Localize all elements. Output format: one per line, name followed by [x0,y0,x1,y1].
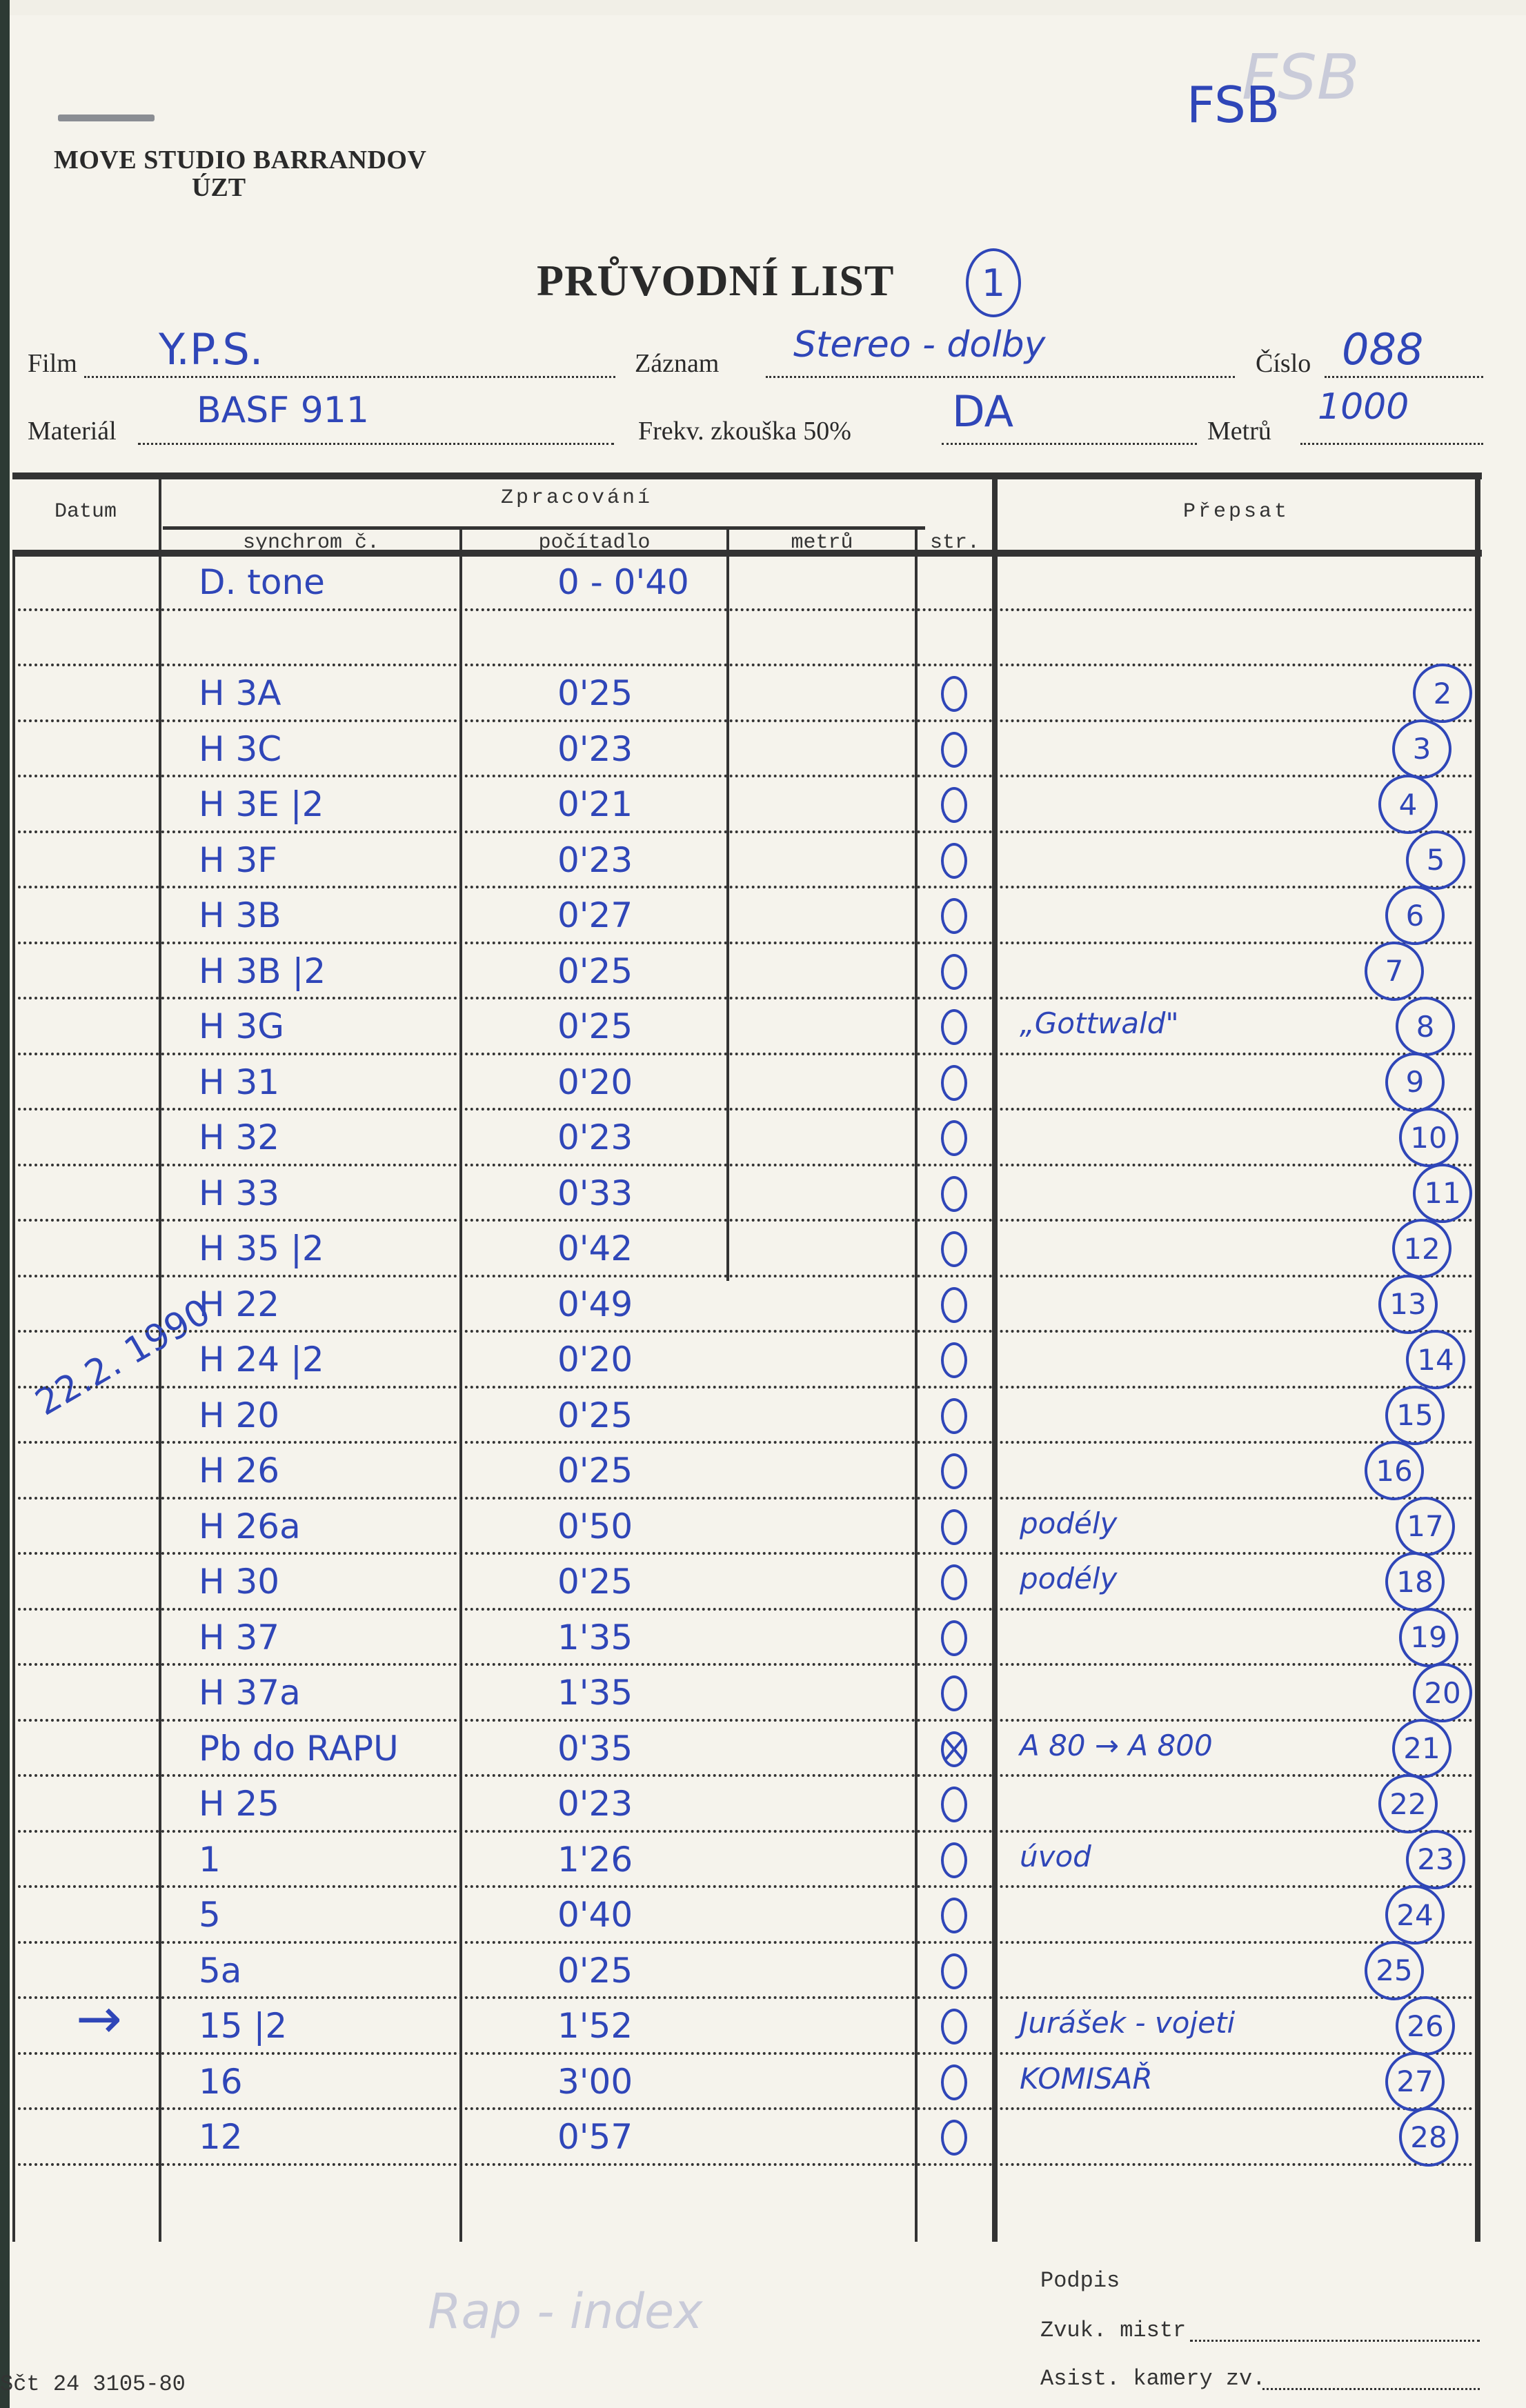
pocitadlo-cell: 0'21 [557,784,633,824]
circle-mark [941,1620,967,1656]
staple [58,115,155,121]
zvuk-mistr-label: Zvuk. mistr [1040,2318,1186,2343]
take-number-circle: 26 [1396,1996,1455,2056]
metru-value: 1000 [1318,386,1409,428]
metru-field-line [1300,443,1483,445]
cislo-value: 088 [1342,324,1423,375]
synchrom-cell: H 3F [199,840,277,880]
form-code: Sčt 24 3105-80 [0,2371,186,2397]
take-number-circle: 21 [1392,1719,1451,1778]
synchrom-cell: 1 [199,1840,221,1880]
pocitadlo-cell: 0'40 [557,1895,633,1935]
prepsat-cell: podély [1020,1506,1117,1540]
synchrom-cell: H 26 [199,1451,279,1491]
synchrom-cell: 15 |2 [199,2006,287,2046]
date-note: 22.2. 1990 [30,1293,217,1424]
synchrom-cell: H 22 [199,1284,279,1324]
col-divider-pocitadlo [726,529,729,1281]
department-name: ÚZT [192,172,246,203]
synchrom-cell: H 31 [199,1062,279,1102]
row-separator [18,2163,1474,2166]
pocitadlo-cell: 0'20 [557,1340,633,1380]
prepsat-cell: A 80 → A 800 [1020,1729,1213,1762]
header-datum: Datum [12,500,159,524]
circle-mark [941,1675,967,1711]
prepsat-cell: „Gottwald" [1020,1006,1179,1040]
zaznam-value: Stereo - dolby [793,324,1045,366]
take-number-circle: 27 [1385,2052,1445,2111]
row-separator [18,2107,1474,2110]
synchrom-cell: H 3E |2 [199,784,324,824]
take-number-circle: 23 [1406,1830,1465,1889]
row-separator [18,1941,1474,1944]
row-separator [18,2052,1474,2055]
cislo-label: Číslo [1256,348,1311,379]
pocitadlo-cell: 0'25 [557,951,633,991]
row-separator [18,1497,1474,1500]
film-value: Y.P.S. [159,324,264,375]
row-separator [18,1719,1474,1722]
circle-mark [941,1176,967,1212]
row-separator [18,719,1474,722]
header-metru: metrů [729,531,915,555]
header-prepsat: Přepsat [998,500,1475,524]
circle-mark [941,1065,967,1101]
pocitadlo-cell: 3'00 [557,2062,633,2102]
synchrom-cell: H 3B [199,895,281,935]
row-separator [18,1053,1474,1055]
row-separator [18,1774,1474,1777]
pocitadlo-cell: 0'35 [557,1729,633,1769]
synchrom-cell: H 37 [199,1618,279,1658]
pocitadlo-cell: 0'23 [557,840,633,880]
synchrom-cell: D. tone [199,562,325,602]
circle-mark [941,1564,967,1600]
take-number-circle: 5 [1406,830,1465,890]
circle-mark [941,1398,967,1434]
form-number: 1 [982,261,1005,305]
pocitadlo-cell: 0'25 [557,1951,633,1991]
asist-kamery-label: Asist. kamery zv. [1040,2366,1265,2391]
material-field-line [138,443,614,445]
pocitadlo-cell: 1'26 [557,1840,633,1880]
row-separator [18,608,1474,611]
synchrom-cell: 5 [199,1895,221,1935]
pocitadlo-cell: 0 - 0'40 [557,562,689,602]
metru-label: Metrů [1207,416,1271,446]
pocitadlo-cell: 1'52 [557,2006,633,2046]
take-number-circle: 12 [1392,1219,1451,1278]
circle-mark [941,732,967,768]
processing-table: Datum Zpracování synchrom č. počítadlo m… [12,472,1482,2242]
pocitadlo-cell: 0'57 [557,2117,633,2157]
zpracovani-subrule [163,526,925,530]
frekv-field-line [942,443,1197,445]
take-number-circle: 7 [1365,942,1424,1001]
pocitadlo-cell: 0'25 [557,1451,633,1491]
zvuk-mistr-line [1190,2340,1480,2342]
form-title: PRŮVODNÍ LIST [537,255,894,306]
take-number-circle: 13 [1378,1275,1438,1334]
take-number-circle: 22 [1378,1774,1438,1833]
row-separator [18,1996,1474,1999]
synchrom-cell: H 3G [199,1006,284,1046]
circle-mark [941,1120,967,1156]
pocitadlo-cell: 0'25 [557,673,633,713]
zaznam-label: Záznam [635,348,719,379]
circle-mark [941,1898,967,1933]
row-separator [18,1330,1474,1333]
take-number-circle: 11 [1413,1164,1472,1223]
take-number-circle: 20 [1413,1663,1472,1722]
circle-mark [941,1509,967,1545]
take-number-circle: 15 [1385,1386,1445,1445]
circle-mark [941,1453,967,1489]
pocitadlo-cell: 0'23 [557,729,633,769]
form-number-circle: 1 [966,248,1021,317]
row-separator [18,1441,1474,1444]
synchrom-cell: H 3B |2 [199,951,326,991]
row-separator [18,1552,1474,1555]
take-number-circle: 8 [1396,997,1455,1056]
prepsat-cell: Jurášek - vojeti [1020,2006,1235,2040]
synchrom-cell: 12 [199,2117,243,2157]
pocitadlo-cell: 0'50 [557,1506,633,1546]
synchrom-cell: H 37a [199,1673,301,1713]
film-label: Film [28,348,77,379]
take-number-circle: 2 [1413,664,1472,723]
synchrom-cell: H 25 [199,1784,279,1824]
prepsat-cell: podély [1020,1562,1117,1595]
take-number-circle: 14 [1406,1330,1465,1389]
synchrom-cell: H 3A [199,673,281,713]
row-separator [18,886,1474,888]
row-separator [18,664,1474,666]
frekv-value: DA [952,386,1013,437]
synchrom-cell: H 3C [199,729,281,769]
synchrom-cell: H 24 |2 [199,1340,324,1380]
pocitadlo-cell: 0'23 [557,1117,633,1157]
frekv-label: Frekv. zkouška 50% [638,416,851,446]
pocitadlo-cell: 0'49 [557,1284,633,1324]
row-separator [18,1219,1474,1222]
circle-mark [941,2064,967,2100]
pocitadlo-cell: 1'35 [557,1673,633,1713]
synchrom-cell: H 30 [199,1562,279,1602]
circle-mark [941,843,967,879]
circle-mark [941,2009,967,2044]
asist-kamery-line [1262,2388,1480,2390]
take-number-circle: 3 [1392,719,1451,779]
circle-mark [941,1842,967,1878]
synchrom-cell: 16 [199,2062,243,2102]
cislo-field-line [1325,376,1483,378]
circle-mark [941,1787,967,1822]
pocitadlo-cell: 0'20 [557,1062,633,1102]
take-number-circle: 6 [1385,886,1445,945]
row-separator [18,1386,1474,1389]
take-number-circle: 25 [1365,1941,1424,2000]
col-divider-str [992,476,998,2242]
arrow-icon: → [76,1987,122,2051]
row-separator [18,1663,1474,1666]
circle-mark [941,898,967,934]
row-separator [18,1830,1474,1833]
synchrom-cell: H 33 [199,1173,279,1213]
header-pocitadlo: počítadlo [462,531,726,555]
circle-mark [941,1342,967,1378]
take-number-circle: 9 [1385,1053,1445,1112]
row-separator [18,775,1474,777]
circle-mark [941,954,967,990]
pocitadlo-cell: 0'23 [557,1784,633,1824]
material-value: BASF 911 [197,390,369,431]
row-separator [18,997,1474,999]
zaznam-field-line [766,376,1235,378]
organization-name: MOVE STUDIO BARRANDOV [54,145,426,175]
podpis-label: Podpis [1040,2268,1120,2293]
header-str: str. [918,531,992,555]
synchrom-cell: H 20 [199,1395,279,1435]
circle-mark [941,1953,967,1989]
take-number-circle: 18 [1385,1552,1445,1611]
synchrom-cell: Pb do RAPU [199,1729,399,1769]
scan-background-edge [0,0,10,2408]
take-number-circle: 24 [1385,1885,1445,1944]
prepsat-cell: úvod [1020,1840,1091,1873]
film-field-line [84,376,615,378]
pocitadlo-cell: 0'42 [557,1228,633,1268]
circle-mark [941,676,967,712]
table-right-border [1475,476,1480,2242]
take-number-circle: 17 [1396,1497,1455,1556]
pocitadlo-cell: 0'27 [557,895,633,935]
crossed-circle-mark [941,1731,967,1767]
take-number-circle: 4 [1378,775,1438,834]
pocitadlo-cell: 0'25 [557,1395,633,1435]
circle-mark [941,1009,967,1045]
pocitadlo-cell: 1'35 [557,1618,633,1658]
pocitadlo-cell: 0'25 [557,1562,633,1602]
synchrom-cell: H 35 |2 [199,1228,324,1268]
pocitadlo-cell: 0'33 [557,1173,633,1213]
row-separator [18,1108,1474,1111]
corner-note: FSB [1187,76,1280,134]
take-number-circle: 16 [1365,1441,1424,1500]
take-number-circle: 28 [1399,2107,1458,2167]
row-separator [18,1608,1474,1611]
material-label: Materiál [28,416,117,446]
circle-mark [941,1231,967,1267]
row-separator [18,1885,1474,1888]
take-number-circle: 10 [1399,1108,1458,1167]
take-number-circle: 19 [1399,1608,1458,1667]
row-separator [18,1275,1474,1277]
row-separator [18,942,1474,944]
synchrom-cell: H 26a [199,1506,301,1546]
prepsat-cell: KOMISAŘ [1020,2062,1153,2096]
pocitadlo-cell: 0'25 [557,1006,633,1046]
circle-mark [941,787,967,823]
table-left-border [12,550,15,2242]
row-separator [18,830,1474,833]
bleed-through-text: Rap - index [428,2283,702,2340]
synchrom-cell: H 32 [199,1117,279,1157]
synchrom-cell: 5a [199,1951,241,1991]
row-separator [18,1164,1474,1166]
circle-mark [941,2120,967,2156]
header-synchrom: synchrom č. [163,531,459,555]
circle-mark [941,1287,967,1323]
table-top-rule [12,472,1482,479]
header-zpracovani: Zpracování [163,486,991,510]
